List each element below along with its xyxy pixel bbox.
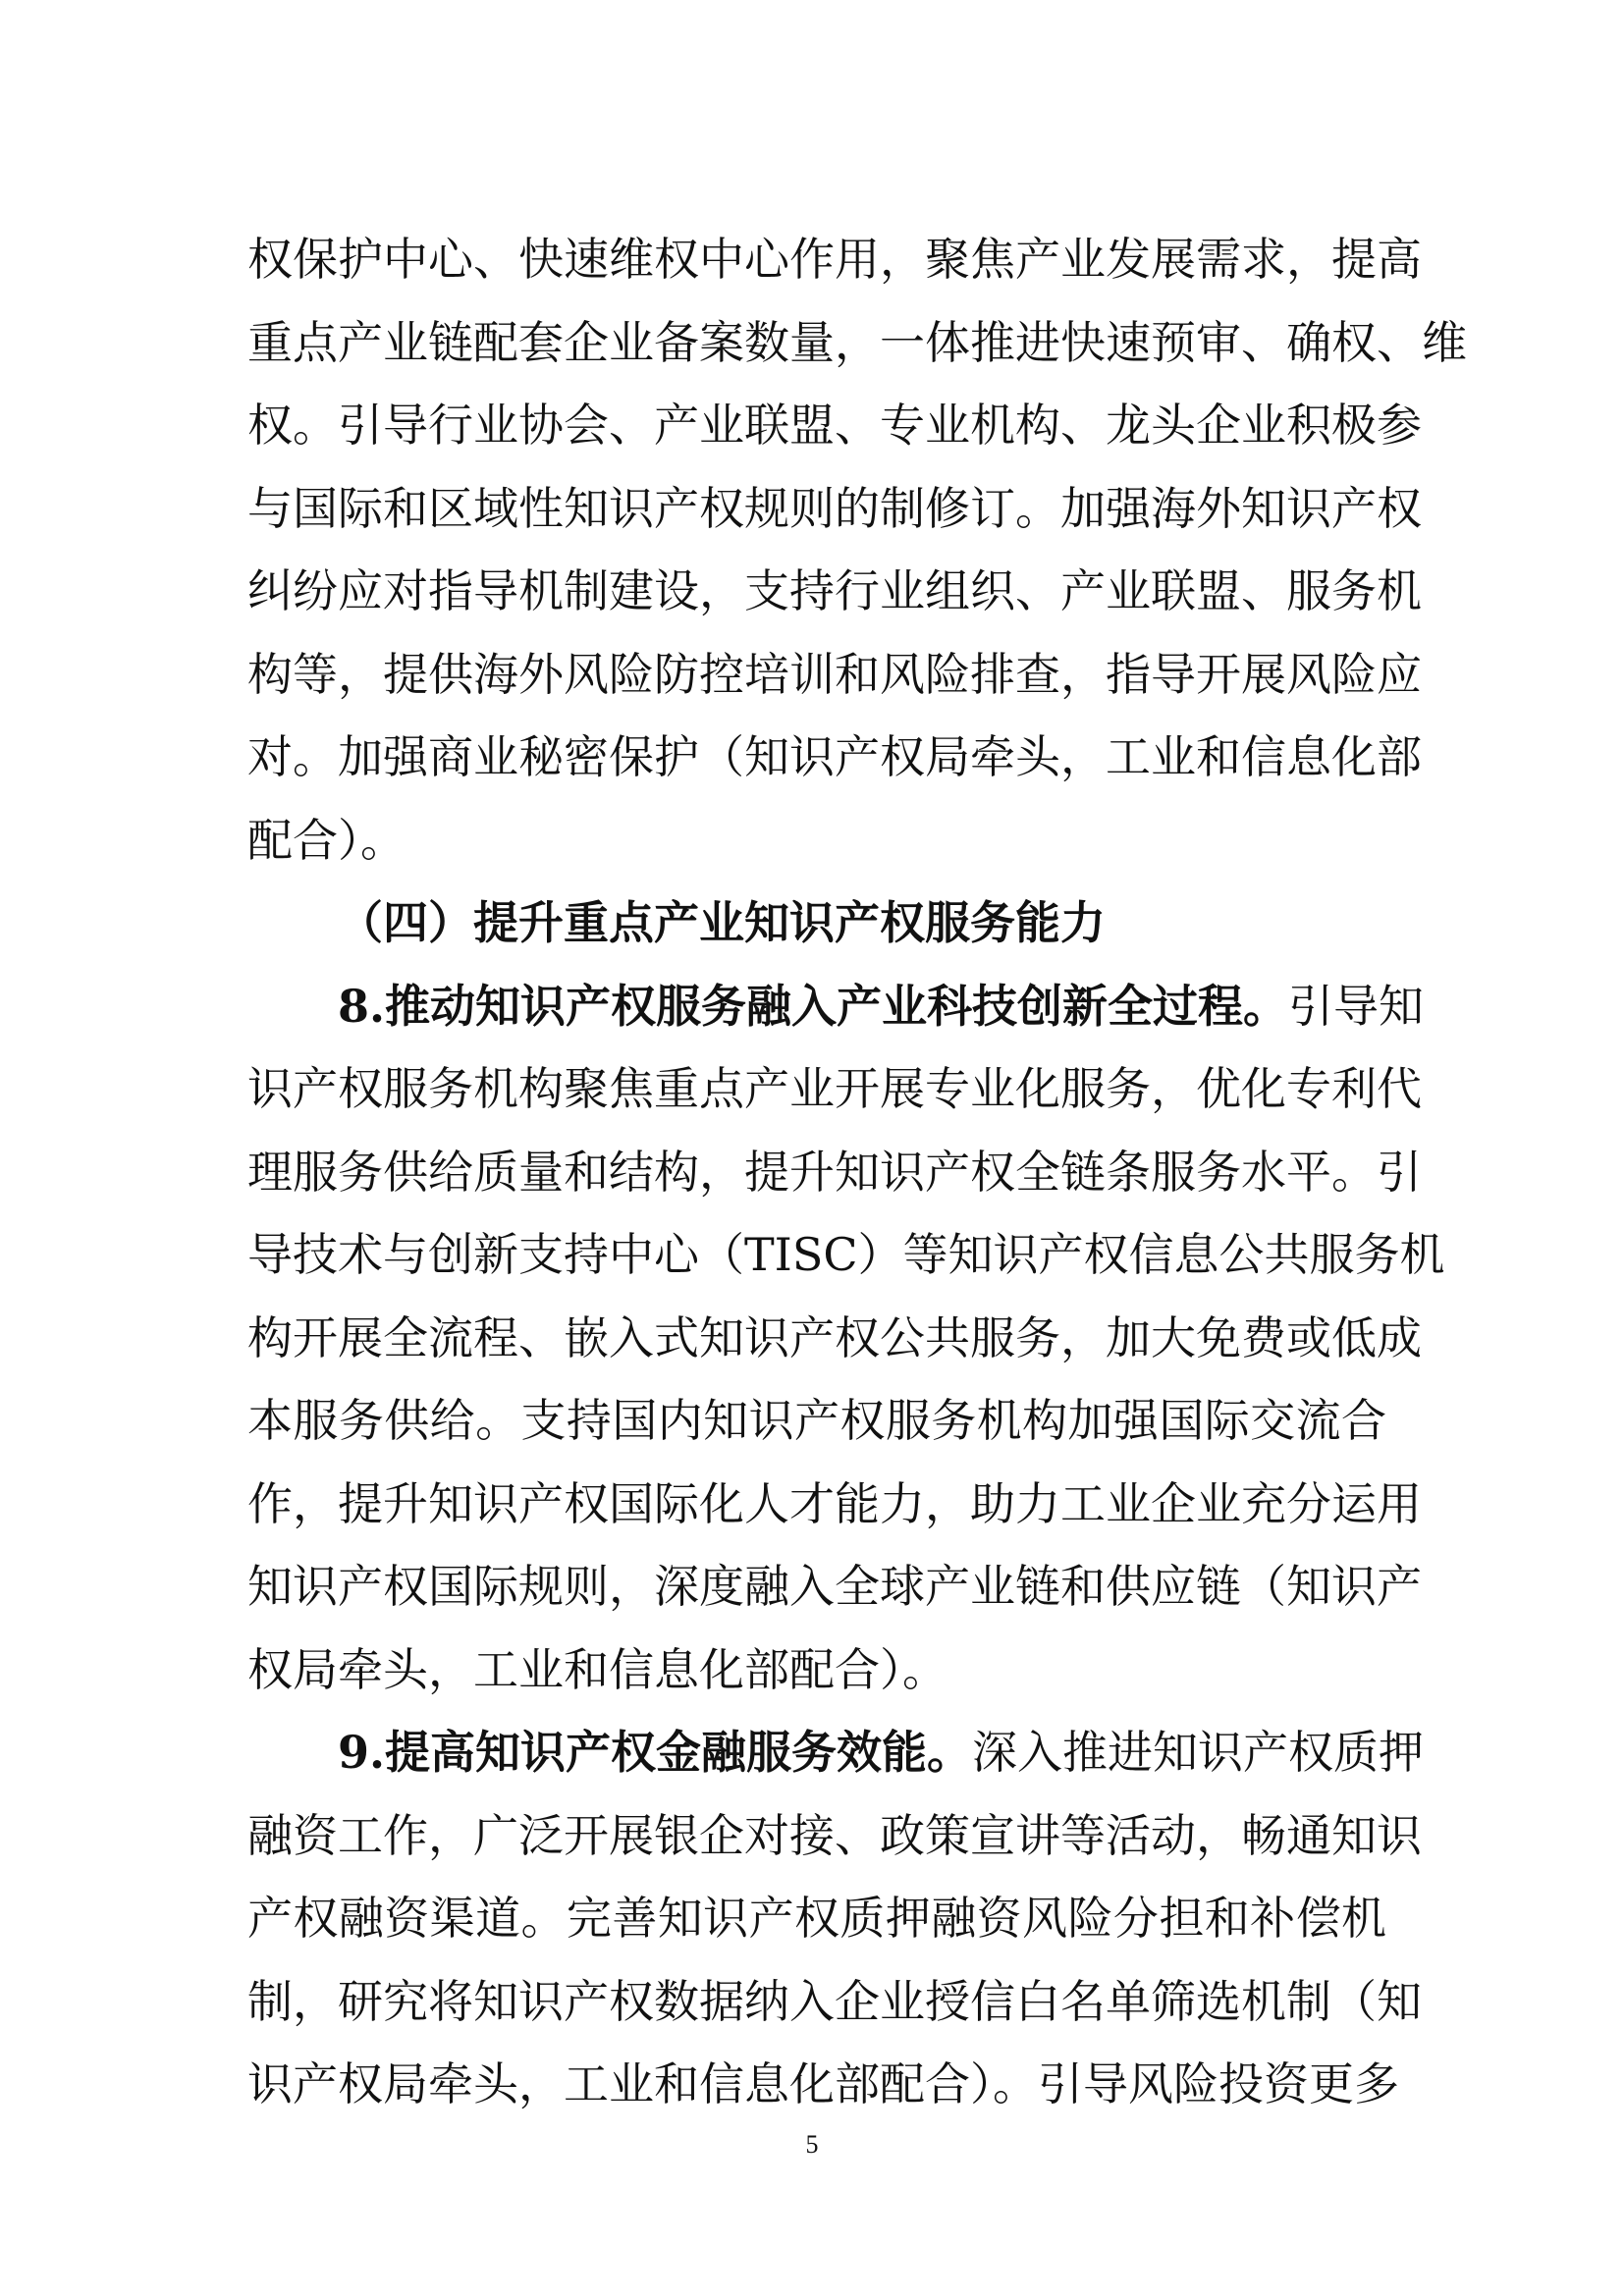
text-line: 产权融资渠道。完善知识产权质押融资风险分担和补偿机 [247, 1877, 1386, 1960]
text-line: 作，提升知识产权国际化人才能力，助力工业企业充分运用 [247, 1463, 1386, 1546]
item-9-title: 9.提高知识产权金融服务效能。 [338, 1726, 972, 1779]
item-8-first-line: 8.推动知识产权服务融入产业科技创新全过程。引导知 [247, 965, 1386, 1048]
text-line: 构开展全流程、嵌入式知识产权公共服务，加大免费或低成 [247, 1297, 1386, 1380]
text-line: 知识产权国际规则，深度融入全球产业链和供应链（知识产 [247, 1545, 1386, 1629]
document-page: 权保护中心、快速维权中心作用，聚焦产业发展需求，提高 重点产业链配套企业备案数量… [0, 0, 1624, 2296]
item-9-first-line: 9.提高知识产权金融服务效能。深入推进知识产权质押 [247, 1711, 1386, 1794]
text-line: 对。加强商业秘密保护（知识产权局牵头，工业和信息化部 [247, 716, 1386, 799]
text-line: 权。引导行业协会、产业联盟、专业机构、龙头企业积极参 [247, 384, 1386, 467]
item-8-title: 8.推动知识产权服务融入产业科技创新全过程。 [338, 980, 1288, 1033]
item-8-text: 引导知 [1288, 980, 1424, 1033]
item-9-text: 深入推进知识产权质押 [972, 1726, 1424, 1779]
text-line: 导技术与创新支持中心（TISC）等知识产权信息公共服务机 [247, 1213, 1386, 1297]
text-line: 与国际和区域性知识产权规则的制修订。加强海外知识产权 [247, 467, 1386, 551]
text-line: 构等，提供海外风险防控培训和风险排查，指导开展风险应 [247, 633, 1386, 717]
text-line: 识产权服务机构聚焦重点产业开展专业化服务，优化专利代 [247, 1047, 1386, 1131]
text-line: 纠纷应对指导机制建设，支持行业组织、产业联盟、服务机 [247, 550, 1386, 633]
text-line: 本服务供给。支持国内知识产权服务机构加强国际交流合 [247, 1379, 1386, 1463]
body-text: 权保护中心、快速维权中心作用，聚焦产业发展需求，提高 重点产业链配套企业备案数量… [247, 218, 1386, 2126]
section-heading: （四）提升重点产业知识产权服务能力 [247, 881, 1386, 965]
page-number: 5 [0, 2130, 1624, 2160]
text-line: 重点产业链配套企业备案数量，一体推进快速预审、确权、维 [247, 301, 1386, 385]
text-line: 权局牵头，工业和信息化部配合）。 [247, 1629, 1386, 1712]
text-line: 融资工作，广泛开展银企对接、政策宣讲等活动，畅通知识 [247, 1794, 1386, 1878]
text-line: 制，研究将知识产权数据纳入企业授信白名单筛选机制（知 [247, 1960, 1386, 2044]
text-line: 权保护中心、快速维权中心作用，聚焦产业发展需求，提高 [247, 218, 1386, 301]
text-line: 理服务供给质量和结构，提升知识产权全链条服务水平。引 [247, 1131, 1386, 1214]
text-line: 识产权局牵头，工业和信息化部配合）。引导风险投资更多 [247, 2043, 1386, 2126]
text-line: 配合）。 [247, 799, 1386, 882]
